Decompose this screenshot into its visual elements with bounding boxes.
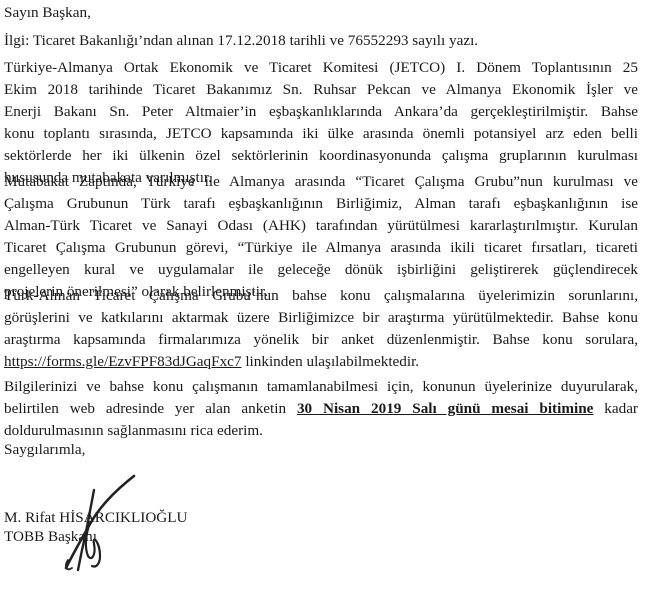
reference-line: İlgi: Ticaret Bakanlığı’ndan alınan 17.1… — [4, 31, 478, 51]
paragraph-line: araştırma kapsamında firmalarımıza yönel… — [4, 329, 638, 351]
link-suffix-text: linkinden ulaşılabilmektedir. — [242, 353, 420, 370]
paragraph-line: https://forms.gle/EzvFPF83dJGaqFxc7 link… — [4, 351, 638, 373]
paragraph-line: belirtilen web adresinde yer alan anketi… — [4, 398, 638, 420]
paragraph-line: Mutabakat Zaptında, Türkiye ile Almanya … — [4, 171, 638, 193]
paragraph-line: Ticaret Çalışma Grubunun görevi, “Türkiy… — [4, 237, 638, 259]
paragraph-working-group: Mutabakat Zaptında, Türkiye ile Almanya … — [4, 171, 638, 303]
paragraph-line: Çalışma Grubunun Türk tarafı eşbaşkanlığ… — [4, 193, 638, 215]
paragraph-jetco-meeting: Türkiye-Almanya Ortak Ekonomik ve Ticare… — [4, 57, 638, 189]
signer-title: TOBB Başkanı — [4, 527, 97, 547]
paragraph-line: doldurulmasının sağlanmasını rica ederim… — [4, 420, 638, 442]
paragraph-line: Türkiye-Almanya Ortak Ekonomik ve Ticare… — [4, 57, 638, 79]
closing: Saygılarımla, — [4, 440, 85, 460]
deadline-text: 30 Nisan 2019 Salı günü mesai bitimine — [297, 400, 593, 417]
paragraph-line: Enerji Bakanı Sn. Peter Altmaier’in eşba… — [4, 101, 638, 123]
paragraph-line: Ekim 2018 tarihinde Ticaret Bakanımız Sn… — [4, 79, 638, 101]
paragraph-line: görüşlerini ve katkılarını aktarmak üzer… — [4, 307, 638, 329]
paragraph-request: Bilgilerinizi ve bahse konu çalışmanın t… — [4, 376, 638, 442]
salutation: Sayın Başkan, — [4, 3, 91, 23]
paragraph-line: Türk-Alman Ticaret Çalışma Grubu’nun bah… — [4, 285, 638, 307]
paragraph-survey: Türk-Alman Ticaret Çalışma Grubu’nun bah… — [4, 285, 638, 373]
paragraph-line: Bilgilerinizi ve bahse konu çalışmanın t… — [4, 376, 638, 398]
paragraph-line: konu toplantı sırasında, JETCO kapsamınd… — [4, 123, 638, 145]
paragraph-line: engelleyen kural ve uygulamalar ile gele… — [4, 259, 638, 281]
survey-link[interactable]: https://forms.gle/EzvFPF83dJGaqFxc7 — [4, 353, 242, 370]
paragraph-line: sektörlerde her iki ülkenin özel sektörl… — [4, 145, 638, 167]
request-suffix-text: kadar — [593, 400, 638, 417]
signer-name: M. Rifat HİSARCIKLIOĞLU — [4, 508, 188, 528]
request-prefix-text: belirtilen web adresinde yer alan anketi… — [4, 400, 297, 417]
paragraph-line: Alman-Türk Ticaret ve Sanayi Odası (AHK)… — [4, 215, 638, 237]
